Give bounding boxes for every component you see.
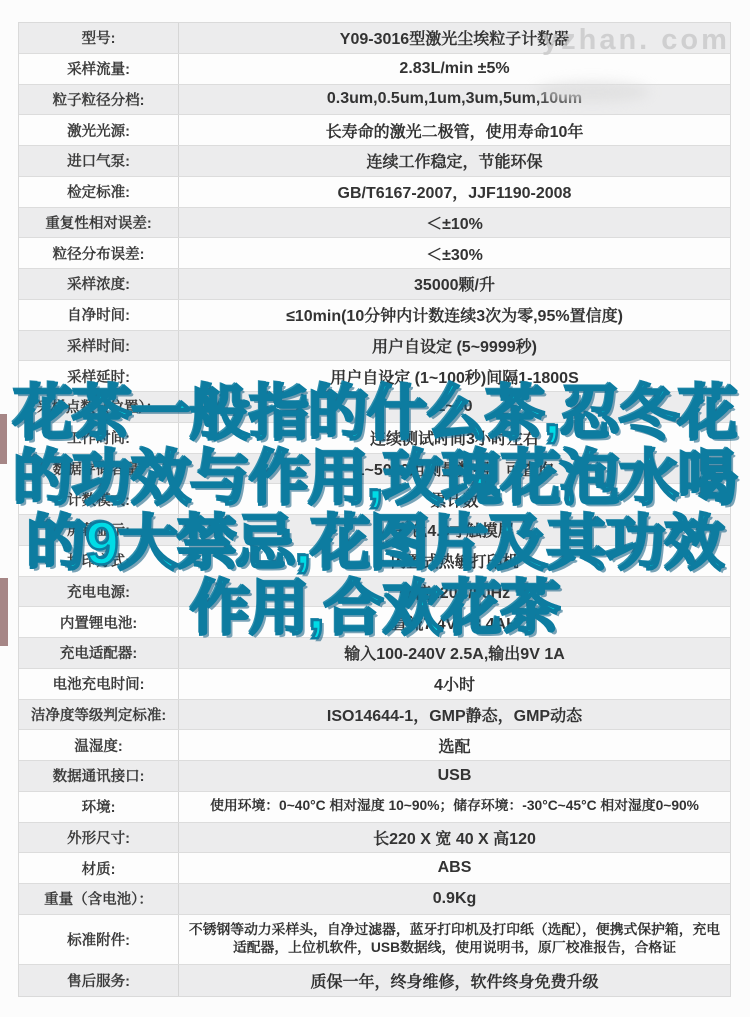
spec-label: 型号: — [19, 23, 179, 53]
spec-label: 计数模式: — [19, 484, 179, 514]
spec-value: 用户自设定 (5~9999秒) — [179, 331, 730, 361]
spec-label: 外形尺寸: — [19, 823, 179, 853]
spec-value: 质保一年，终身维修，软件终身免费升级 — [179, 965, 730, 996]
spec-row: 进口气泵:连续工作稳定，节能环保 — [19, 146, 730, 177]
spec-value: 2~50 — [179, 392, 730, 422]
overlay-artifact-bottom — [0, 578, 8, 646]
spec-value: 不锈钢等动力采样头，自净过滤器，蓝牙打印机及打印纸（选配），便携式保护箱，充电适… — [179, 915, 730, 964]
spec-row: 采样点数（位置）：2~50 — [19, 392, 730, 423]
spec-value: 直流7.4V，3.4AH — [179, 607, 730, 637]
spec-value: USB — [179, 761, 730, 791]
spec-value: 使用环境：0~40°C 相对湿度 10~90%；储存环境：-30°C~45°C … — [179, 792, 730, 822]
spec-label: 进口气泵: — [19, 146, 179, 176]
spec-row: 采样浓度:35000颗/升 — [19, 269, 730, 300]
spec-value: ＜±10% — [179, 208, 730, 238]
spec-label: 自净时间: — [19, 300, 179, 330]
spec-value: 0.9Kg — [179, 884, 730, 914]
spec-row: 外形尺寸:长220 X 宽 40 X 高120 — [19, 823, 730, 854]
spec-label: 打印方式: — [19, 546, 179, 576]
site-watermark: yzhan. com — [542, 24, 730, 57]
spec-label: 标准附件: — [19, 915, 179, 964]
spec-value: 4小时 — [179, 669, 730, 699]
spec-row: 重复性相对误差:＜±10% — [19, 208, 730, 239]
spec-value: 选配 — [179, 730, 730, 760]
spec-row: 材质:ABS — [19, 853, 730, 884]
spec-value: 交流220V/50Hz — [179, 577, 730, 607]
overlay-artifact-top — [0, 414, 7, 464]
spec-row: 温湿度:选配 — [19, 730, 730, 761]
spec-row: 洁净度等级判定标准:ISO14644-1，GMP静态，GMP动态 — [19, 700, 730, 731]
spec-value: 1~5000组测量数据，可查询 — [179, 454, 730, 484]
spec-value: ABS — [179, 853, 730, 883]
spec-label: 温湿度: — [19, 730, 179, 760]
spec-label: 售后服务: — [19, 965, 179, 996]
spec-label: 电池充电时间: — [19, 669, 179, 699]
spec-value: 输入100-240V 2.5A,输出9V 1A — [179, 638, 730, 668]
watermark-smudge — [535, 82, 650, 102]
spec-row: 充电适配器:输入100-240V 2.5A,输出9V 1A — [19, 638, 730, 669]
spec-label: 材质: — [19, 853, 179, 883]
spec-row: 采样延时:用户自设定 (1~100秒)间隔1-1800S — [19, 361, 730, 392]
spec-value: 长寿命的激光二极管，使用寿命10年 — [179, 115, 730, 145]
spec-value: 用户自设定 (1~100秒)间隔1-1800S — [179, 361, 730, 391]
spec-label: 重量（含电池）： — [19, 884, 179, 914]
spec-label: 屏幕显示: — [19, 515, 179, 545]
spec-value: 长220 X 宽 40 X 高120 — [179, 823, 730, 853]
spec-value: 内置式热敏打印机 — [179, 546, 730, 576]
spec-row: 采样时间:用户自设定 (5~9999秒) — [19, 331, 730, 362]
spec-row: 检定标准:GB/T6167-2007，JJF1190-2008 — [19, 177, 730, 208]
spec-label: 采样延时: — [19, 361, 179, 391]
spec-row: 内置锂电池:直流7.4V，3.4AH — [19, 607, 730, 638]
spec-row: 充电电源:交流220V/50Hz — [19, 577, 730, 608]
spec-label: 充电适配器: — [19, 638, 179, 668]
spec-row: 环境:使用环境：0~40°C 相对湿度 10~90%；储存环境：-30°C~45… — [19, 792, 730, 823]
spec-row: 激光光源:长寿命的激光二极管，使用寿命10年 — [19, 115, 730, 146]
spec-row: 粒径分布误差:＜±30% — [19, 238, 730, 269]
spec-row: 计数模式:累计数 — [19, 484, 730, 515]
spec-row: 重量（含电池）：0.9Kg — [19, 884, 730, 915]
spec-label: 重复性相对误差: — [19, 208, 179, 238]
spec-row: 数据通讯接口:USB — [19, 761, 730, 792]
spec-label: 数据通讯接口: — [19, 761, 179, 791]
spec-row: 工作时间:连续测试时间3小时左右 — [19, 423, 730, 454]
spec-value: ISO14644-1，GMP静态，GMP动态 — [179, 700, 730, 730]
spec-label: 采样流量: — [19, 54, 179, 84]
spec-label: 粒子粒径分档: — [19, 85, 179, 115]
spec-value: 连续工作稳定，节能环保 — [179, 146, 730, 176]
spec-label: 采样点数（位置）： — [19, 392, 179, 422]
spec-row: 电池充电时间:4小时 — [19, 669, 730, 700]
spec-label: 检定标准: — [19, 177, 179, 207]
spec-label: 工作时间: — [19, 423, 179, 453]
spec-value: ≤10min(10分钟内计数连续3次为零,95%置信度) — [179, 300, 730, 330]
spec-label: 激光光源: — [19, 115, 179, 145]
spec-label: 充电电源: — [19, 577, 179, 607]
spec-value: 累计数 — [179, 484, 730, 514]
spec-row: 采样流量:2.83L/min ±5% — [19, 54, 730, 85]
spec-row: 屏幕显示:彩色4.3寸触摸屏 — [19, 515, 730, 546]
spec-row: 标准附件:不锈钢等动力采样头，自净过滤器，蓝牙打印机及打印纸（选配），便携式保护… — [19, 915, 730, 965]
spec-value: GB/T6167-2007，JJF1190-2008 — [179, 177, 730, 207]
spec-label: 采样浓度: — [19, 269, 179, 299]
spec-row: 数据存储容量:1~5000组测量数据，可查询 — [19, 454, 730, 485]
spec-value: 连续测试时间3小时左右 — [179, 423, 730, 453]
spec-row: 售后服务:质保一年，终身维修，软件终身免费升级 — [19, 965, 730, 996]
spec-label: 洁净度等级判定标准: — [19, 700, 179, 730]
spec-table: 型号:Y09-3016型激光尘埃粒子计数器采样流量:2.83L/min ±5%粒… — [18, 22, 731, 997]
spec-row: 自净时间:≤10min(10分钟内计数连续3次为零,95%置信度) — [19, 300, 730, 331]
spec-value: 35000颗/升 — [179, 269, 730, 299]
spec-label: 粒径分布误差: — [19, 238, 179, 268]
spec-label: 内置锂电池: — [19, 607, 179, 637]
spec-label: 环境: — [19, 792, 179, 822]
spec-row: 打印方式:内置式热敏打印机 — [19, 546, 730, 577]
spec-value: ＜±30% — [179, 238, 730, 268]
spec-value: 2.83L/min ±5% — [179, 54, 730, 84]
spec-value: 彩色4.3寸触摸屏 — [179, 515, 730, 545]
spec-label: 采样时间: — [19, 331, 179, 361]
spec-label: 数据存储容量: — [19, 454, 179, 484]
